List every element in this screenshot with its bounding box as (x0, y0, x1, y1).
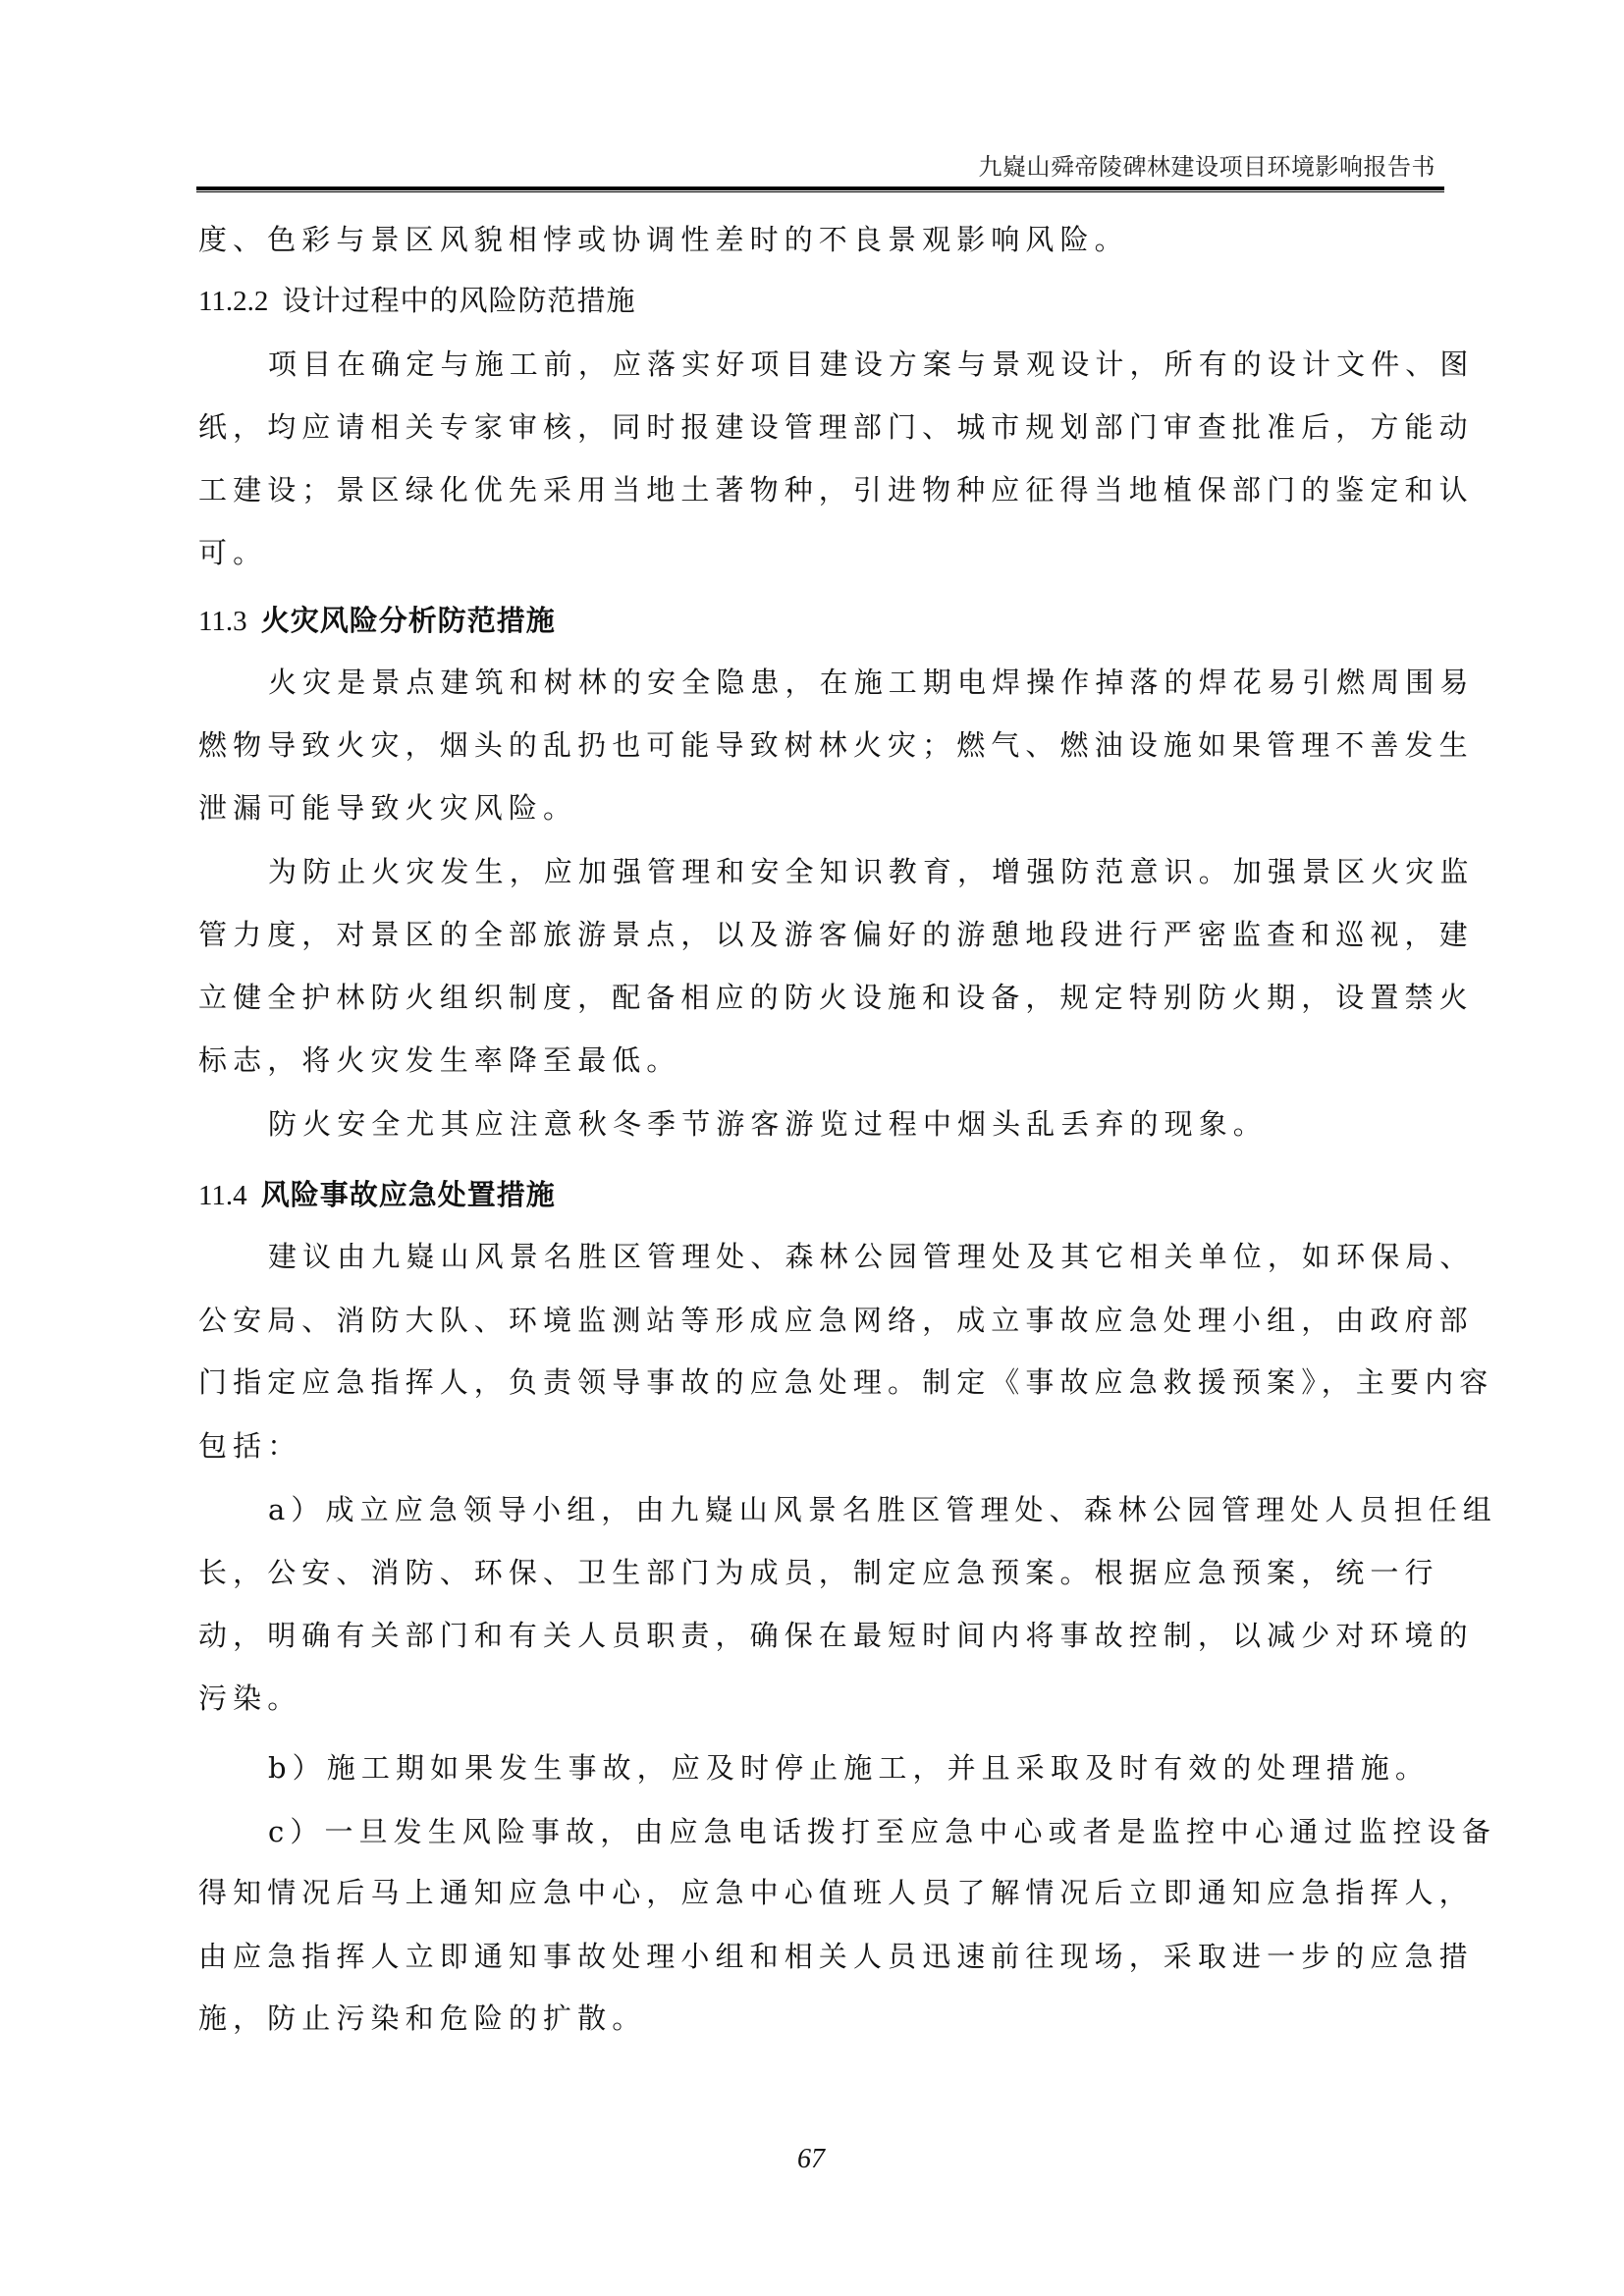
paragraph-line: 管力度，对景区的全部旅游景点，以及游客偏好的游憩地段进行严密监查和巡视，建 (198, 917, 1437, 952)
paragraph-line: 包括： (198, 1428, 1437, 1464)
continuation-line: 度、色彩与景区风貌相悖或协调性差时的不良景观影响风险。 (198, 222, 1437, 257)
list-item-c-first-line: c）一旦发生风险事故，由应急电话拨打至应急中心或者是监控中心通过监控设备 (268, 1814, 1437, 1849)
paragraph-line: 公安局、消防大队、环境监测站等形成应急网络，成立事故应急处理小组，由政府部 (198, 1303, 1437, 1338)
section-number: 11.3 (198, 606, 247, 637)
section-heading-11-2-2: 11.2.2设计过程中的风险防范措施 (198, 283, 1437, 319)
list-item-text: 一旦发生风险事故，由应急电话拨打至应急中心或者是监控中心通过监控设备 (324, 1815, 1495, 1848)
paragraph-line: 火灾是景点建筑和树林的安全隐患，在施工期电焊操作掉落的焊花易引燃周围易 (268, 665, 1437, 700)
list-marker: b） (268, 1751, 327, 1785)
running-header-title: 九嶷山舜帝陵碑林建设项目环境影响报告书 (979, 147, 1436, 182)
list-item-b: b）施工期如果发生事故，应及时停止施工，并且采取及时有效的处理措施。 (268, 1750, 1437, 1786)
paragraph-line: 污染。 (198, 1681, 1437, 1716)
list-item-text: 施工期如果发生事故，应及时停止施工，并且采取及时有效的处理措施。 (327, 1751, 1430, 1785)
paragraph-line: 泄漏可能导致火灾风险。 (198, 790, 1437, 826)
section-number: 11.4 (198, 1180, 247, 1211)
paragraph-line: 长，公安、消防、环保、卫生部门为成员，制定应急预案。根据应急预案，统一行 (198, 1555, 1437, 1590)
paragraph-line: 燃物导致火灾，烟头的乱扔也可能导致树林火灾；燃气、燃油设施如果管理不善发生 (198, 727, 1437, 763)
list-item-text: 成立应急领导小组，由九嶷山风景名胜区管理处、森林公园管理处人员担任组 (326, 1493, 1497, 1526)
paragraph-line: 项目在确定与施工前，应落实好项目建设方案与景观设计，所有的设计文件、图 (268, 347, 1437, 382)
list-item-a-first-line: a）成立应急领导小组，由九嶷山风景名胜区管理处、森林公园管理处人员担任组 (268, 1492, 1437, 1527)
paragraph-line: 施，防止污染和危险的扩散。 (198, 2001, 1437, 2036)
paragraph-line: 得知情况后马上通知应急中心，应急中心值班人员了解情况后立即通知应急指挥人， (198, 1875, 1437, 1910)
paragraph-line: 门指定应急指挥人，负责领导事故的应急处理。制定《事故应急救援预案》，主要内容 (198, 1364, 1437, 1400)
section-number: 11.2.2 (198, 286, 268, 317)
paragraph-line: 可。 (198, 535, 1437, 570)
section-heading-11-4: 11.4风险事故应急处置措施 (198, 1177, 1437, 1213)
section-title: 火灾风险分析防范措施 (261, 604, 556, 637)
paragraph-line: 动，明确有关部门和有关人员职责，确保在最短时间内将事故控制，以减少对环境的 (198, 1618, 1437, 1653)
page-number: 67 (797, 2144, 825, 2175)
paragraph-line: 建议由九嶷山风景名胜区管理处、森林公园管理处及其它相关单位，如环保局、 (268, 1239, 1437, 1274)
header-rule (196, 187, 1444, 192)
paragraph-line: 为防止火灾发生，应加强管理和安全知识教育，增强防范意识。加强景区火灾监 (268, 854, 1437, 889)
paragraph-line: 标志，将火灾发生率降至最低。 (198, 1042, 1437, 1078)
paragraph-line: 立健全护林防火组织制度，配备相应的防火设施和设备，规定特别防火期，设置禁火 (198, 980, 1437, 1015)
list-marker: c） (268, 1815, 324, 1848)
paragraph-line: 由应急指挥人立即通知事故处理小组和相关人员迅速前往现场，采取进一步的应急措 (198, 1939, 1437, 1974)
paragraph-line: 防火安全尤其应注意秋冬季节游客游览过程中烟头乱丢弃的现象。 (268, 1106, 1437, 1142)
paragraph-line: 工建设；景区绿化优先采用当地土著物种，引进物种应征得当地植保部门的鉴定和认 (198, 472, 1437, 507)
section-title: 设计过程中的风险防范措施 (282, 284, 635, 317)
list-marker: a） (268, 1493, 326, 1526)
section-heading-11-3: 11.3火灾风险分析防范措施 (198, 603, 1437, 639)
section-title: 风险事故应急处置措施 (261, 1178, 556, 1211)
paragraph-line: 纸，均应请相关专家审核，同时报建设管理部门、城市规划部门审查批准后，方能动 (198, 409, 1437, 445)
